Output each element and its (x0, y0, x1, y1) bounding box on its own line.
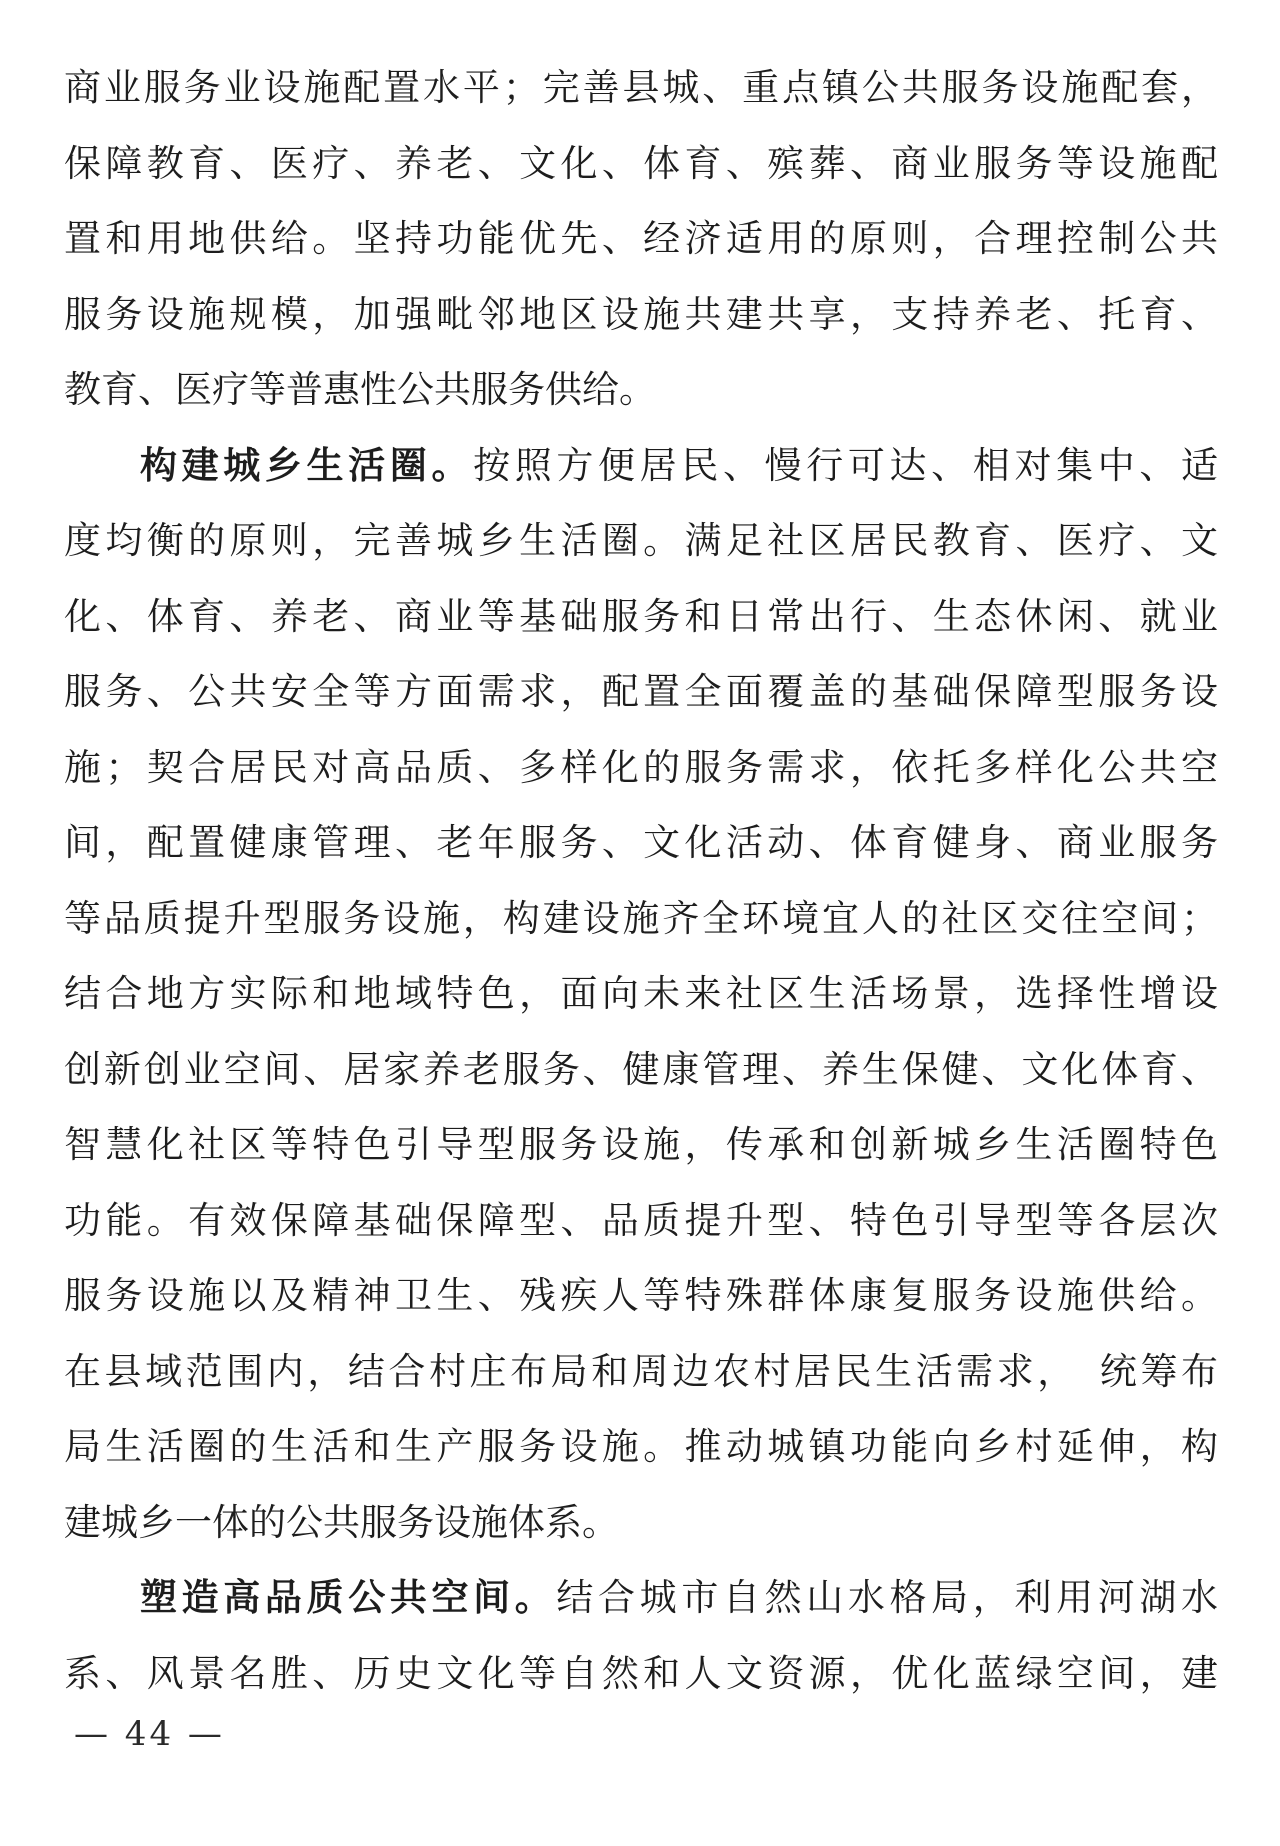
text-line: 教育、医疗等普惠性公共服务供给。 (64, 352, 1218, 428)
page-number: — 44 — (74, 1712, 225, 1756)
text-line: 服务设施以及精神卫生、残疾人等特殊群体康复服务设施供给。 (64, 1258, 1218, 1334)
text-line: 服务设施规模，加强毗邻地区设施共建共享，支持养老、托育、 (64, 277, 1218, 353)
text-line: 建城乡一体的公共服务设施体系。 (64, 1485, 1218, 1561)
text-line: 服务、公共安全等方面需求，配置全面覆盖的基础保障型服务设 (64, 654, 1218, 730)
text-line: 化、体育、养老、商业等基础服务和日常出行、生态休闲、就业 (64, 579, 1218, 655)
text-line: 局生活圈的生活和生产服务设施。推动城镇功能向乡村延伸，构 (64, 1409, 1218, 1485)
text-line: 功能。有效保障基础保障型、品质提升型、特色引导型等各层次 (64, 1183, 1218, 1259)
text-line: 间，配置健康管理、老年服务、文化活动、体育健身、商业服务 (64, 805, 1218, 881)
text-line: 创新创业空间、居家养老服务、健康管理、养生保健、文化体育、 (64, 1032, 1218, 1108)
text-line: 置和用地供给。坚持功能优先、经济适用的原则，合理控制公共 (64, 201, 1218, 277)
paragraph-lead: 构建城乡生活圈。 (140, 443, 473, 487)
text-line: 塑造高品质公共空间。结合城市自然山水格局，利用河湖水 (64, 1560, 1218, 1636)
text-line: 施；契合居民对高品质、多样化的服务需求，依托多样化公共空 (64, 730, 1218, 806)
text-line: 度均衡的原则，完善城乡生活圈。满足社区居民教育、医疗、文 (64, 503, 1218, 579)
paragraph-lead: 塑造高品质公共空间。 (140, 1575, 556, 1619)
text-line: 结合地方实际和地域特色，面向未来社区生活场景，选择性增设 (64, 956, 1218, 1032)
document-body: 商业服务业设施配置水平；完善县城、重点镇公共服务设施配套，保障教育、医疗、养老、… (64, 50, 1218, 1711)
text-line: 等品质提升型服务设施，构建设施齐全环境宜人的社区交往空间； (64, 881, 1218, 957)
text-line: 保障教育、医疗、养老、文化、体育、殡葬、商业服务等设施配 (64, 126, 1218, 202)
text-line: 构建城乡生活圈。按照方便居民、慢行可达、相对集中、适 (64, 428, 1218, 504)
document-page: 商业服务业设施配置水平；完善县城、重点镇公共服务设施配套，保障教育、医疗、养老、… (0, 0, 1280, 1846)
text-line: 在县域范围内，结合村庄布局和周边农村居民生活需求， 统筹布 (64, 1334, 1218, 1410)
text-line: 智慧化社区等特色引导型服务设施，传承和创新城乡生活圈特色 (64, 1107, 1218, 1183)
text-line: 商业服务业设施配置水平；完善县城、重点镇公共服务设施配套， (64, 50, 1218, 126)
text-line: 系、风景名胜、历史文化等自然和人文资源，优化蓝绿空间，建 (64, 1636, 1218, 1712)
